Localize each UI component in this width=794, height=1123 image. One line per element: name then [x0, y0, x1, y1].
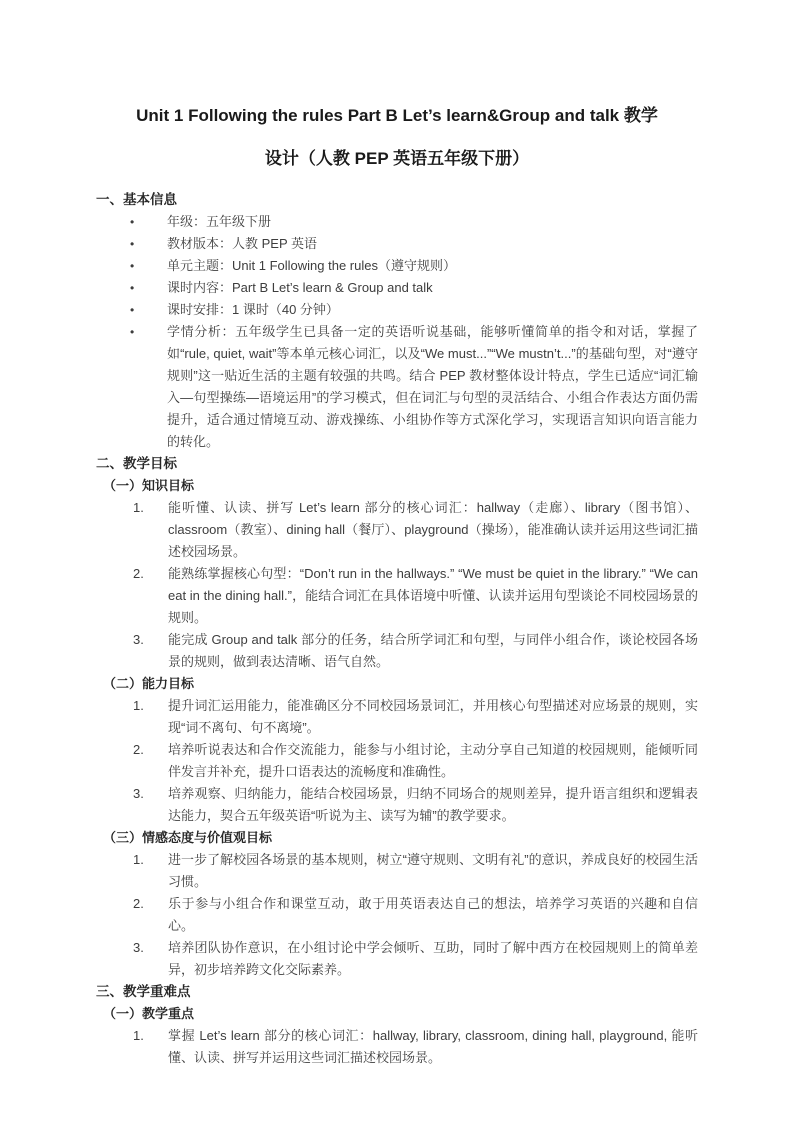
item-number: 2. [133, 563, 168, 629]
sub-heading-teaching-key-points: （一）教学重点 [96, 1003, 698, 1025]
sub-heading-knowledge-goals: （一）知识目标 [96, 475, 698, 497]
item-text: 年级：五年级下册 [167, 211, 698, 233]
item-text: 掌握 Let’s learn 部分的核心词汇：hallway, library,… [168, 1025, 698, 1069]
ability-goals-list: 1. 提升词汇运用能力，能准确区分不同校园场景词汇，并用核心句型描述对应场景的规… [96, 695, 698, 827]
item-number: 3. [133, 937, 168, 981]
bullet-icon: • [130, 277, 167, 299]
item-text: 培养听说表达和合作交流能力，能参与小组讨论，主动分享自己知道的校园规则，能倾听同… [168, 739, 698, 783]
item-number: 3. [133, 629, 168, 673]
bullet-icon: • [130, 211, 167, 233]
item-text: 能听懂、认读、拼写 Let’s learn 部分的核心词汇：hallway（走廊… [168, 497, 698, 563]
item-text: 能完成 Group and talk 部分的任务，结合所学词汇和句型，与同伴小组… [168, 629, 698, 673]
item-text: 教材版本：人教 PEP 英语 [167, 233, 698, 255]
document-title: Unit 1 Following the rules Part B Let’s … [96, 94, 698, 180]
affective-goals-list: 1. 进一步了解校园各场景的基本规则，树立“遵守规则、文明有礼”的意识，养成良好… [96, 849, 698, 981]
key-points-list: 1. 掌握 Let’s learn 部分的核心词汇：hallway, libra… [96, 1025, 698, 1069]
item-number: 1. [133, 849, 168, 893]
numbered-item: 1. 能听懂、认读、拼写 Let’s learn 部分的核心词汇：hallway… [96, 497, 698, 563]
numbered-item: 2. 培养听说表达和合作交流能力，能参与小组讨论，主动分享自己知道的校园规则，能… [96, 739, 698, 783]
numbered-item: 3. 培养观察、归纳能力，能结合校园场景，归纳不同场合的规则差异，提升语言组织和… [96, 783, 698, 827]
item-text: 课时内容：Part B Let’s learn & Group and talk [167, 277, 698, 299]
basic-info-list: • 年级：五年级下册 • 教材版本：人教 PEP 英语 • 单元主题：Unit … [96, 211, 698, 453]
sub-heading-ability-goals: （二）能力目标 [96, 673, 698, 695]
list-item-unit-theme: • 单元主题：Unit 1 Following the rules（遵守规则） [96, 255, 698, 277]
document-page: Unit 1 Following the rules Part B Let’s … [0, 0, 794, 1123]
numbered-item: 2. 乐于参与小组合作和课堂互动，敢于用英语表达自己的想法，培养学习英语的兴趣和… [96, 893, 698, 937]
bullet-icon: • [130, 255, 167, 277]
item-text: 乐于参与小组合作和课堂互动，敢于用英语表达自己的想法，培养学习英语的兴趣和自信心… [168, 893, 698, 937]
item-number: 3. [133, 783, 168, 827]
item-text: 能熟练掌握核心句型：“Don’t run in the hallways.” “… [168, 563, 698, 629]
knowledge-goals-list: 1. 能听懂、认读、拼写 Let’s learn 部分的核心词汇：hallway… [96, 497, 698, 673]
list-item-textbook: • 教材版本：人教 PEP 英语 [96, 233, 698, 255]
item-number: 1. [133, 497, 168, 563]
document-title-line-1: Unit 1 Following the rules Part B Let’s … [96, 94, 698, 137]
numbered-item: 3. 培养团队协作意识，在小组讨论中学会倾听、互助，同时了解中西方在校园规则上的… [96, 937, 698, 981]
bullet-icon: • [130, 299, 167, 321]
item-text: 单元主题：Unit 1 Following the rules（遵守规则） [167, 255, 698, 277]
document-title-line-2: 设计（人教 PEP 英语五年级下册） [96, 137, 698, 180]
item-text: 课时安排：1 课时（40 分钟） [167, 299, 698, 321]
item-number: 2. [133, 893, 168, 937]
section-heading-teaching-goals: 二、教学目标 [96, 453, 698, 475]
numbered-item: 3. 能完成 Group and talk 部分的任务，结合所学词汇和句型，与同… [96, 629, 698, 673]
numbered-item: 2. 能熟练掌握核心句型：“Don’t run in the hallways.… [96, 563, 698, 629]
item-number: 2. [133, 739, 168, 783]
item-text: 提升词汇运用能力，能准确区分不同校园场景词汇，并用核心句型描述对应场景的规则，实… [168, 695, 698, 739]
item-text: 进一步了解校园各场景的基本规则，树立“遵守规则、文明有礼”的意识，养成良好的校园… [168, 849, 698, 893]
item-text: 培养观察、归纳能力，能结合校园场景，归纳不同场合的规则差异，提升语言组织和逻辑表… [168, 783, 698, 827]
numbered-item: 1. 提升词汇运用能力，能准确区分不同校园场景词汇，并用核心句型描述对应场景的规… [96, 695, 698, 739]
bullet-icon: • [130, 233, 167, 255]
sub-heading-affective-goals: （三）情感态度与价值观目标 [96, 827, 698, 849]
numbered-item: 1. 进一步了解校园各场景的基本规则，树立“遵守规则、文明有礼”的意识，养成良好… [96, 849, 698, 893]
section-heading-basic-info: 一、基本信息 [96, 189, 698, 211]
list-item-lesson-content: • 课时内容：Part B Let’s learn & Group and ta… [96, 277, 698, 299]
bullet-icon: • [130, 321, 167, 453]
item-text: 学情分析：五年级学生已具备一定的英语听说基础，能够听懂简单的指令和对话，掌握了如… [167, 321, 698, 453]
list-item-schedule: • 课时安排：1 课时（40 分钟） [96, 299, 698, 321]
item-text: 培养团队协作意识，在小组讨论中学会倾听、互助，同时了解中西方在校园规则上的简单差… [168, 937, 698, 981]
numbered-item: 1. 掌握 Let’s learn 部分的核心词汇：hallway, libra… [96, 1025, 698, 1069]
list-item-learner-analysis: • 学情分析：五年级学生已具备一定的英语听说基础，能够听懂简单的指令和对话，掌握… [96, 321, 698, 453]
list-item-grade: • 年级：五年级下册 [96, 211, 698, 233]
section-heading-key-difficult-points: 三、教学重难点 [96, 981, 698, 1003]
item-number: 1. [133, 695, 168, 739]
item-number: 1. [133, 1025, 168, 1069]
